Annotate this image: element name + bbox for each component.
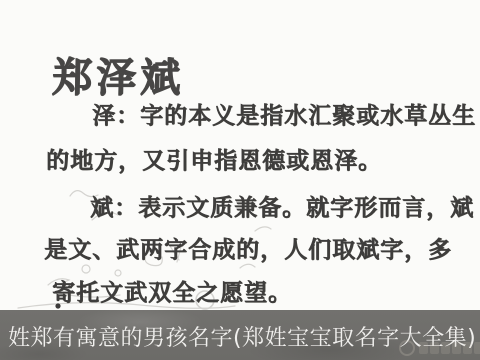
caption-bar: 姓郑有寓意的男孩名字(郑姓宝宝取名字大全集) [0,310,480,360]
body-line: 寄托文武双全之愿望。 [52,274,292,307]
body-line: 的地方，又引申指恩德或恩泽。 [46,142,382,175]
body-line: 泽：字的本义是指水汇聚或水草丛生 [92,97,476,130]
site-watermark [399,340,480,356]
body-line: 斌：表示文质兼备。就字形而言，斌 [90,189,474,222]
name-meaning-image: 郑泽斌 泽：字的本义是指水汇聚或水草丛生 的地方，又引申指恩德或恩泽。 斌：表示… [0,0,480,360]
watermark-logo-icon [399,340,415,356]
page-title: 郑泽斌 [52,46,185,103]
body-line: 是文、武两字合成的，人们取斌字，多 [44,231,452,264]
